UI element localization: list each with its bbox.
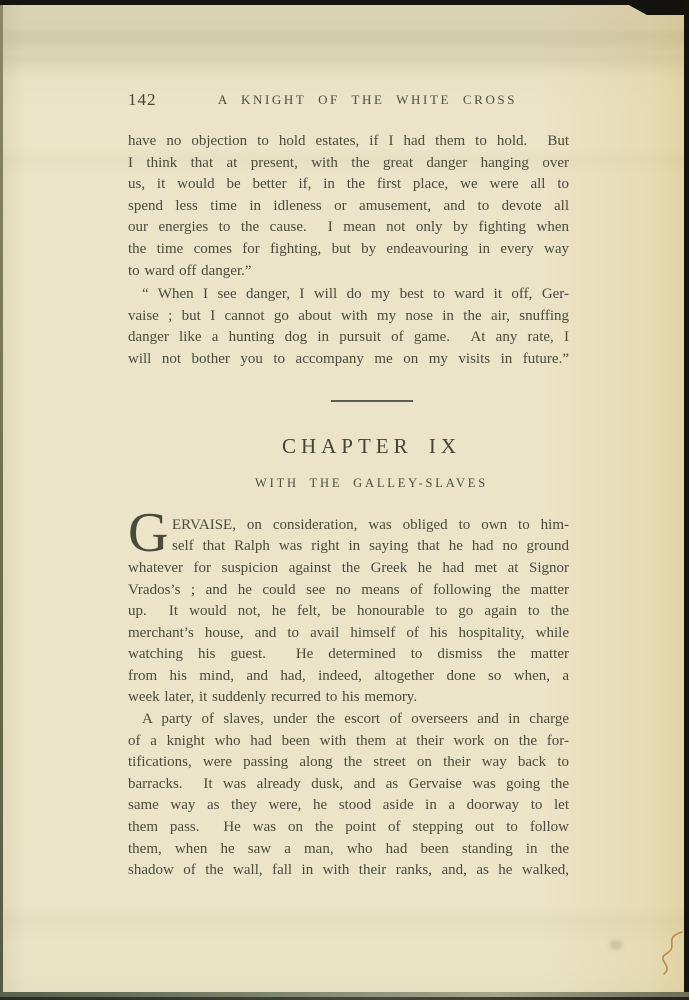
text-line: watching his guest. He determined to dis… <box>128 644 569 666</box>
text-line: ERVAISE, on consideration, was obliged t… <box>128 515 569 537</box>
text-line: them pass. He was on the point of steppi… <box>128 817 569 839</box>
text-line: I think that at present, with the great … <box>128 153 569 175</box>
drop-cap-letter: G <box>128 517 164 549</box>
text-line: up. It would not, he felt, be honourable… <box>128 601 569 623</box>
book-page: 142 A KNIGHT OF THE WHITE CROSS have no … <box>0 0 689 1000</box>
running-head: 142 A KNIGHT OF THE WHITE CROSS <box>0 90 689 110</box>
text-line: tifications, were passing along the stre… <box>128 752 569 774</box>
page-edge-right <box>684 0 689 1000</box>
text-line: them, when he saw a man, who had been st… <box>128 839 569 861</box>
text-line: to ward off danger.” <box>128 261 569 283</box>
text-line: will not bother you to accompany me on m… <box>128 349 569 371</box>
text-line: A party of slaves, under the escort of o… <box>128 709 569 731</box>
fiber-mark <box>652 930 686 976</box>
paragraph-continued-dialogue: have no objection to hold estates, if I … <box>128 131 569 282</box>
page-edge-top-right <box>629 0 689 15</box>
section-divider-rule <box>331 400 413 402</box>
running-title: A KNIGHT OF THE WHITE CROSS <box>23 92 689 108</box>
text-line: “ When I see danger, I will do my best t… <box>128 284 569 306</box>
text-line: barracks. It was already dusk, and as Ge… <box>128 774 569 796</box>
paragraph-reply-dialogue: “ When I see danger, I will do my best t… <box>128 284 569 370</box>
text-line: spend less time in idleness or amusement… <box>128 196 569 218</box>
chapter-opening-paragraph: G ERVAISE, on consideration, was obliged… <box>128 515 569 709</box>
text-line: danger like a hunting dog in pursuit of … <box>128 327 569 349</box>
text-line: the time comes for fighting, but by ende… <box>128 239 569 261</box>
text-line: vaise ; but I cannot go about with my no… <box>128 306 569 328</box>
paragraph-narrative: A party of slaves, under the escort of o… <box>128 709 569 882</box>
text-line: week later, it suddenly recurred to his … <box>128 687 569 709</box>
page-edge-left <box>0 0 3 1000</box>
text-line: self that Ralph was right in saying that… <box>128 536 569 558</box>
chapter-heading: CHAPTER IX <box>151 436 592 458</box>
text-line: Vrados’s ; and he could see no means of … <box>128 580 569 602</box>
text-line: shadow of the wall, fall in with their r… <box>128 860 569 882</box>
text-line: from his mind, and had, indeed, altogeth… <box>128 666 569 688</box>
smudge-mark <box>610 940 622 950</box>
text-line: have no objection to hold estates, if I … <box>128 131 569 153</box>
text-line: of a knight who had been with them at th… <box>128 731 569 753</box>
text-line: merchant’s house, and to avail himself o… <box>128 623 569 645</box>
text-line: our energies to the cause. I mean not on… <box>128 217 569 239</box>
text-line: us, it would be better if, in the first … <box>128 174 569 196</box>
text-line: whatever for suspicion against the Greek… <box>128 558 569 580</box>
page-text-column: have no objection to hold estates, if I … <box>128 131 569 882</box>
page-edge-top <box>0 0 689 5</box>
text-line: same way as they were, he stood aside in… <box>128 795 569 817</box>
chapter-subtitle: WITH THE GALLEY-SLAVES <box>151 473 592 495</box>
